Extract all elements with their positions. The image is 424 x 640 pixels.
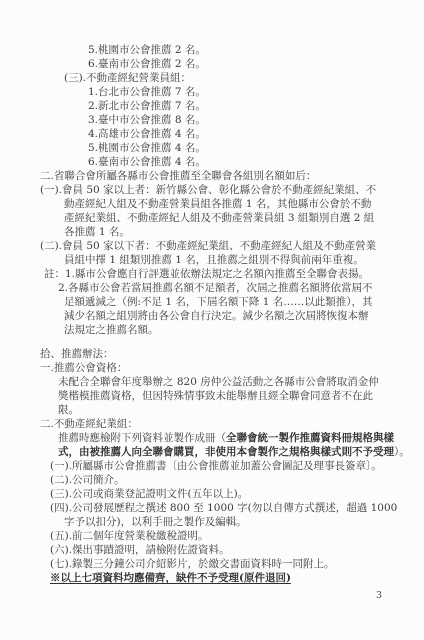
blank-line xyxy=(0,337,424,347)
document-line: 獎楷模推薦資格，但因特殊情事致未能舉辦且經全聯會同意者不在此 xyxy=(0,389,424,403)
document-line: 動產經紀人組及不動產營業員組各推薦 1 名，其他縣市公會於不動 xyxy=(0,197,424,211)
document-line: 5.桃園市公會推薦 4 名。 xyxy=(0,141,424,155)
text-segment: 足額遞減之（例:不足 1 名，下屆名額下降 1 名……以此類推），其 xyxy=(64,296,373,308)
text-segment: 字予以扣分)，以利手冊之製作及編輯。 xyxy=(64,516,247,528)
document-line: 員組中擇 1 組類別推薦 1 名，且推薦之組別不得與前兩年重複。 xyxy=(0,253,424,267)
document-line: 各推薦 1 名。 xyxy=(0,225,424,239)
text-segment: (五).前二個年度營業稅繳稅證明。 xyxy=(50,530,209,542)
text-segment: 6.臺南市公會推薦 2 名。 xyxy=(88,58,206,70)
text-segment: ）。 xyxy=(394,446,410,458)
document-line: (二).公司簡介。 xyxy=(0,473,424,487)
text-segment: 減少名額之組別將由各公會自行決定。減少名額之次屆將恢復本辦 xyxy=(64,310,369,322)
text-segment: 推薦時應檢附下列資料並製作成冊（ xyxy=(58,432,226,444)
text-segment: 2.各縣市公會若當屆推薦名額不足額者，次屆之推薦名額將依當屆不 xyxy=(58,282,373,294)
document-line: 法規定之推薦名額。 xyxy=(0,323,424,337)
document-line: 減少名額之組別將由各公會自行決定。減少名額之次屆將恢復本辦 xyxy=(0,309,424,323)
text-segment: (一).會員 50 家以上者：新竹縣公會、彰化縣公會於不動產經紀業組、不 xyxy=(40,184,376,196)
text-segment: (七).錄製三分鐘公司介紹影片，於繳交書面資料時一同附上。 xyxy=(50,558,335,570)
text-segment: 5.桃園市公會推薦 4 名。 xyxy=(88,142,206,154)
document-line: 6.臺南市公會推薦 4 名。 xyxy=(0,155,424,169)
text-segment: 4.高雄市公會推薦 4 名。 xyxy=(88,128,206,140)
document-line: (一).所屬縣市公會推薦書〔由公會推薦並加蓋公會圖記及理事長簽章〕。 xyxy=(0,459,424,473)
document-line: ※以上七項資料均應備齊，缺件不予受理(原件退回) xyxy=(0,571,424,585)
text-segment: 註：1.縣市公會應自行評選並依辦法規定之名額內推薦至全聯會表揚。 xyxy=(44,268,369,280)
text-segment: 1.台北市公會推薦 7 名。 xyxy=(88,86,206,98)
text-segment: 二.不動產經紀業組： xyxy=(40,418,138,430)
document-line: (七).錄製三分鐘公司介紹影片，於繳交書面資料時一同附上。 xyxy=(0,557,424,571)
text-segment: 法規定之推薦名額。 xyxy=(64,324,159,336)
document-body: 5.桃園市公會推薦 2 名。6.臺南市公會推薦 2 名。(三).不動產經紀營業員… xyxy=(0,0,424,585)
text-segment: 拾、推薦辦法： xyxy=(40,348,114,360)
text-segment: 5.桃園市公會推薦 2 名。 xyxy=(88,44,206,56)
page-number: 3 xyxy=(376,590,382,601)
text-segment: 二.省聯合會所屬各縣市公會推薦至全聯會各組別名額如后： xyxy=(40,170,316,182)
document-page: 5.桃園市公會推薦 2 名。6.臺南市公會推薦 2 名。(三).不動產經紀營業員… xyxy=(0,0,424,640)
text-segment: (三).公司或商業登記證明文件(五年以上)。 xyxy=(50,488,248,500)
document-line: 1.台北市公會推薦 7 名。 xyxy=(0,85,424,99)
text-segment: 6.臺南市公會推薦 4 名。 xyxy=(88,156,206,168)
document-line: 字予以扣分)，以利手冊之製作及編輯。 xyxy=(0,515,424,529)
text-segment: 未配合全聯會年度舉辦之 820 房仲公益活動之各縣市公會將取消金仲 xyxy=(58,376,379,388)
text-segment: (四).公司發展歷程之撰述 800 至 1000 字(勿以自傳方式撰述，超過 1… xyxy=(50,502,397,514)
document-line: 一.推薦公會資格： xyxy=(0,361,424,375)
document-line: 未配合全聯會年度舉辦之 820 房仲公益活動之各縣市公會將取消金仲 xyxy=(0,375,424,389)
document-line: (三).不動產經紀營業員組： xyxy=(0,71,424,85)
document-line: (四).公司發展歷程之撰述 800 至 1000 字(勿以自傳方式撰述，超過 1… xyxy=(0,501,424,515)
text-segment: (六).傑出事蹟證明，請檢附佐證資料。 xyxy=(50,544,230,556)
document-line: 二.不動產經紀業組： xyxy=(0,417,424,431)
bold-text-segment: 全聯會統一製作推薦資料冊規格與樣 xyxy=(226,432,394,444)
bold-text-segment: 式，由被推薦人向全聯會購買，非使用本會製作之規格與樣式則不予受理 xyxy=(58,446,394,458)
text-segment: (三).不動產經紀營業員組： xyxy=(64,72,191,84)
document-line: 5.桃園市公會推薦 2 名。 xyxy=(0,43,424,57)
document-line: 產經紀業組、不動產經紀人組及不動產營業員組 3 組類別自選 2 組 xyxy=(0,211,424,225)
text-segment: 各推薦 1 名。 xyxy=(64,226,130,238)
document-line: (三).公司或商業登記證明文件(五年以上)。 xyxy=(0,487,424,501)
document-line: 二.省聯合會所屬各縣市公會推薦至全聯會各組別名額如后： xyxy=(0,169,424,183)
text-segment: 3.臺中市公會推薦 8 名。 xyxy=(88,114,206,126)
document-line: 限。 xyxy=(0,403,424,417)
document-line: 3.臺中市公會推薦 8 名。 xyxy=(0,113,424,127)
text-segment: (二).會員 50 家以下者：不動產經紀業組、不動產經紀人組及不動產營業 xyxy=(40,240,376,252)
document-line: 拾、推薦辦法： xyxy=(0,347,424,361)
text-segment: 限。 xyxy=(58,404,79,416)
text-segment: 一.推薦公會資格： xyxy=(40,362,127,374)
document-line: 式，由被推薦人向全聯會購買，非使用本會製作之規格與樣式則不予受理）。 xyxy=(0,445,424,459)
document-line: (二).會員 50 家以下者：不動產經紀業組、不動產經紀人組及不動產營業 xyxy=(0,239,424,253)
text-segment: 員組中擇 1 組類別推薦 1 名，且推薦之組別不得與前兩年重複。 xyxy=(64,254,364,266)
document-line: (一).會員 50 家以上者：新竹縣公會、彰化縣公會於不動產經紀業組、不 xyxy=(0,183,424,197)
document-line: 2.新北市公會推薦 7 名。 xyxy=(0,99,424,113)
document-line: 4.高雄市公會推薦 4 名。 xyxy=(0,127,424,141)
document-line: (六).傑出事蹟證明，請檢附佐證資料。 xyxy=(0,543,424,557)
text-segment: 2.新北市公會推薦 7 名。 xyxy=(88,100,206,112)
document-line: (五).前二個年度營業稅繳稅證明。 xyxy=(0,529,424,543)
document-line: 6.臺南市公會推薦 2 名。 xyxy=(0,57,424,71)
text-segment: (一).所屬縣市公會推薦書〔由公會推薦並加蓋公會圖記及理事長簽章〕。 xyxy=(50,460,382,472)
text-segment: (二).公司簡介。 xyxy=(50,474,125,486)
document-line: 推薦時應檢附下列資料並製作成冊（全聯會統一製作推薦資料冊規格與樣 xyxy=(0,431,424,445)
document-line: 足額遞減之（例:不足 1 名，下屆名額下降 1 名……以此類推），其 xyxy=(0,295,424,309)
text-segment: 獎楷模推薦資格，但因特殊情事致未能舉辦且經全聯會同意者不在此 xyxy=(58,390,373,402)
document-line: 2.各縣市公會若當屆推薦名額不足額者，次屆之推薦名額將依當屆不 xyxy=(0,281,424,295)
text-segment: ※以上七項資料均應備齊，缺件不予受理(原件退回) xyxy=(50,572,291,584)
document-line: 註：1.縣市公會應自行評選並依辦法規定之名額內推薦至全聯會表揚。 xyxy=(0,267,424,281)
text-segment: 動產經紀人組及不動產營業員組各推薦 1 名，其他縣市公會於不動 xyxy=(64,198,371,210)
text-segment: 產經紀業組、不動產經紀人組及不動產營業員組 3 組類別自選 2 組 xyxy=(64,212,374,224)
